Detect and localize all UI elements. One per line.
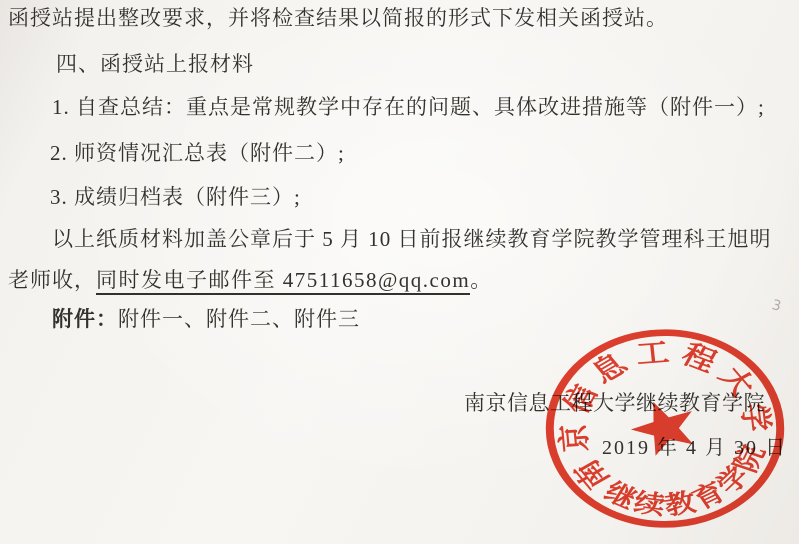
- email-line-suffix: 。: [470, 268, 492, 292]
- list-item-2: 2. 师资情况汇总表（附件二）;: [50, 139, 345, 168]
- star-icon: [623, 393, 705, 460]
- body-line-continuation: 函授站提出整改要求，并将检查结果以简报的形式下发相关函授站。: [8, 4, 668, 33]
- body-line-email: 老师收，同时发电子邮件至 47511658@qq.com。: [8, 266, 492, 295]
- email-line-prefix: 老师收，: [8, 268, 96, 292]
- body-line-deadline: 以上纸质材料加盖公章后于 5 月 10 日前报继续教育学院教学管理科王旭明: [52, 225, 772, 254]
- scanned-document-page: 函授站提出整改要求，并将检查结果以简报的形式下发相关函授站。 四、函授站上报材料…: [0, 0, 799, 544]
- attachments-label: 附件：: [52, 307, 118, 331]
- section-heading-four: 四、函授站上报材料: [56, 50, 254, 79]
- pencil-mark: 3: [770, 297, 783, 315]
- list-item-1: 1. 自查总结：重点是常规教学中存在的问题、具体改进措施等（附件一）;: [52, 93, 765, 122]
- list-item-3: 3. 成绩归档表（附件三）;: [50, 183, 301, 212]
- official-seal: 南京信息工程大学 继续教育学院: [537, 322, 793, 535]
- attachments-line: 附件：附件一、附件二、附件三: [52, 305, 360, 334]
- attachments-list: 附件一、附件二、附件三: [118, 307, 360, 331]
- email-underlined-text: 同时发电子邮件至 47511658@qq.com: [96, 268, 470, 295]
